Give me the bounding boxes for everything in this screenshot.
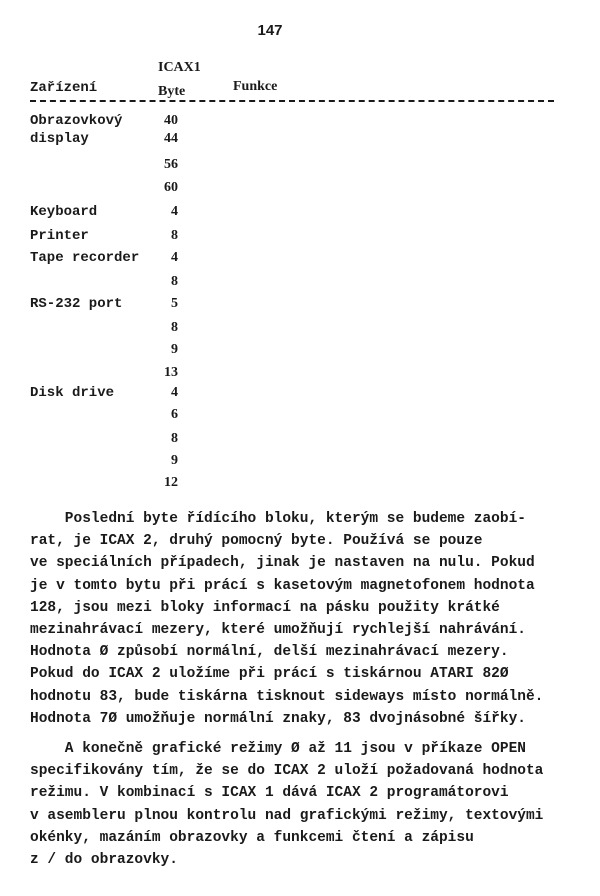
device-name: RS-232 port xyxy=(30,296,122,312)
text-line: okénky, mazáním obrazovky a funkcemi čte… xyxy=(30,827,575,849)
column-header-device: Zařízení xyxy=(30,80,97,96)
icax1-value: 60 xyxy=(156,180,178,196)
icax1-value: 9 xyxy=(156,453,178,469)
icax1-value: 44 xyxy=(156,131,178,147)
icax1-value: 8 xyxy=(156,320,178,336)
icax1-value: 6 xyxy=(156,407,178,423)
icax1-value: 8 xyxy=(156,228,178,244)
paragraph-icax2: Poslední byte řídícího bloku, kterým se … xyxy=(30,508,575,730)
icax1-value: 9 xyxy=(156,342,178,358)
column-header-function: Funkce xyxy=(233,79,277,95)
header-divider xyxy=(30,100,554,102)
text-line: režimu. V kombinací s ICAX 1 dává ICAX 2… xyxy=(30,782,575,804)
device-name: Tape recorder xyxy=(30,250,139,266)
device-name: Obrazovkový xyxy=(30,113,122,129)
text-line: Hodnota Ø způsobí normální, delší mezina… xyxy=(30,641,575,663)
icax1-value: 4 xyxy=(156,385,178,401)
text-line: 128, jsou mezi bloky informací na pásku … xyxy=(30,597,575,619)
text-line: mezinahrávací mezery, které umožňují ryc… xyxy=(30,619,575,641)
text-line: Pokud do ICAX 2 uložíme při prácí s tisk… xyxy=(30,663,575,685)
device-name: Printer xyxy=(30,228,89,244)
device-name: Keyboard xyxy=(30,204,97,220)
text-line: ve speciálních případech, jinak je nasta… xyxy=(30,552,575,574)
icax1-value: 13 xyxy=(156,365,178,381)
icax1-value: 12 xyxy=(156,475,178,491)
text-line: specifikovány tím, že se do ICAX 2 uloží… xyxy=(30,760,575,782)
device-name: Disk drive xyxy=(30,385,114,401)
icax1-value: 8 xyxy=(156,274,178,290)
column-header-byte: Byte xyxy=(158,84,185,100)
text-line: je v tomto bytu při prácí s kasetovým ma… xyxy=(30,575,575,597)
text-line: z / do obrazovky. xyxy=(30,849,575,871)
text-line: Poslední byte řídícího bloku, kterým se … xyxy=(30,508,575,530)
icax1-value: 56 xyxy=(156,157,178,173)
paragraph-graphics-modes: A konečně grafické režimy Ø až 11 jsou v… xyxy=(30,738,575,871)
text-line: A konečně grafické režimy Ø až 11 jsou v… xyxy=(30,738,575,760)
icax1-value: 8 xyxy=(156,431,178,447)
icax1-value: 5 xyxy=(156,296,178,312)
icax1-value: 40 xyxy=(156,113,178,129)
page-number: 147 xyxy=(0,22,540,39)
icax1-value: 4 xyxy=(156,250,178,266)
text-line: v asembleru plnou kontrolu nad grafickým… xyxy=(30,805,575,827)
device-name: display xyxy=(30,131,89,147)
text-line: Hodnota 7Ø umožňuje normální znaky, 83 d… xyxy=(30,708,575,730)
column-header-icax1: ICAX1 xyxy=(158,60,201,76)
text-line: rat, je ICAX 2, druhý pomocný byte. Použ… xyxy=(30,530,575,552)
text-line: hodnotu 83, bude tiskárna tisknout sidew… xyxy=(30,686,575,708)
icax1-value: 4 xyxy=(156,204,178,220)
